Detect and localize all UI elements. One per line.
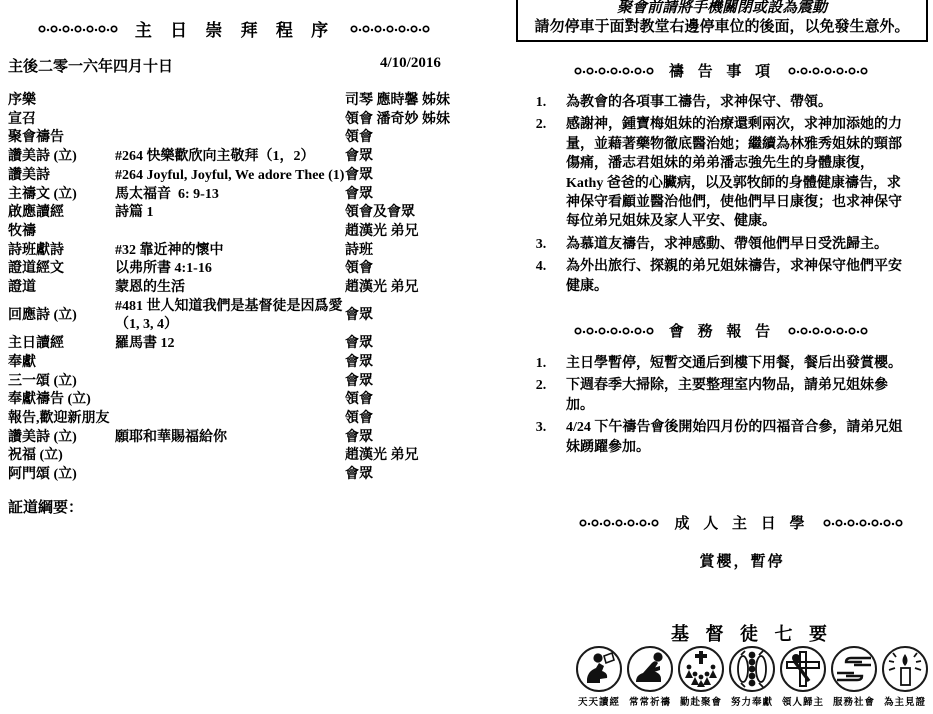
bible-reading-icon bbox=[576, 646, 622, 692]
program-who: 領會 bbox=[345, 410, 478, 429]
program-row: 讚美詩 (立)願耶和華賜福給你會眾 bbox=[8, 429, 478, 448]
prayer-item: 4.為外出旅行、探親的弟兄姐妹禱告，求神保守他們平安 健康。 bbox=[516, 257, 928, 296]
program-item: 啟應讀經 bbox=[8, 204, 115, 223]
sunday-school-section-header: 成 人 主 日 學 bbox=[532, 512, 933, 533]
date-numeric: 4/10/2016 bbox=[380, 55, 441, 72]
program-row: 奉獻會眾 bbox=[8, 354, 478, 373]
program-row: 牧禱趙漢光 弟兄 bbox=[8, 223, 478, 242]
program-item: 讚美詩 (立) bbox=[8, 148, 115, 167]
program-row: 讚美詩 (立)#264 快樂歡欣向主敬拜（1，2）會眾 bbox=[8, 148, 478, 167]
program-who: 會眾 bbox=[345, 186, 478, 205]
program-row: 阿門頌 (立)會眾 bbox=[8, 466, 478, 485]
essential-label: 天天讀經 bbox=[576, 694, 622, 708]
item-text: 為慕道友禱告，求神感動、帶領他們早日受洗歸主。 bbox=[566, 235, 928, 254]
program-item: 聚會禱告 bbox=[8, 129, 115, 148]
program-who: 趙漢光 弟兄 bbox=[345, 279, 478, 298]
program-who: 領會 潘奇妙 姊妹 bbox=[345, 111, 478, 130]
announcements-section-header: 會 務 報 告 bbox=[516, 320, 928, 341]
program-item: 奉獻 bbox=[8, 354, 115, 373]
announcements-section-title: 會 務 報 告 bbox=[669, 320, 775, 341]
loaves-fishes-icon bbox=[729, 646, 775, 692]
date-row: 主後二零一六年四月十日 4/10/2016 bbox=[8, 55, 466, 76]
item-number: 1. bbox=[516, 93, 566, 112]
program-item: 回應詩 (立) bbox=[8, 307, 115, 326]
item-text: 感謝神，鍾寶梅姐妹的治療還剩兩次，求神加添她的力 量，並藉著藥物徹底醫治她；繼續… bbox=[566, 115, 928, 231]
essential-label: 服務社會 bbox=[831, 694, 877, 708]
prayer-item: 1.為教會的各項事工禱告，求神保守、帶領。 bbox=[516, 93, 928, 112]
program-detail: 羅馬書 12 bbox=[115, 335, 345, 354]
program-row: 報告,歡迎新朋友領會 bbox=[8, 410, 478, 429]
program-item: 阿門頌 (立) bbox=[8, 466, 115, 485]
program-who: 趙漢光 弟兄 bbox=[345, 223, 478, 242]
ornament-chain-icon bbox=[349, 24, 433, 34]
program-row: 詩班獻詩#32 靠近神的懷中詩班 bbox=[8, 242, 478, 261]
ornament-chain-icon bbox=[787, 66, 871, 76]
program-who: 會眾 bbox=[345, 335, 478, 354]
ornament-chain-icon bbox=[787, 326, 871, 336]
program-who: 領會 bbox=[345, 260, 478, 279]
program-row: 啟應讀經詩篇 1領會及會眾 bbox=[8, 204, 478, 223]
program-item: 讚美詩 (立) bbox=[8, 429, 115, 448]
program-item: 牧禱 bbox=[8, 223, 115, 242]
program-item: 詩班獻詩 bbox=[8, 242, 115, 261]
notice-box: 聚會前請將手機關閉或設為震動 請勿停車于面對教堂右邊停車位的後面，以免發生意外。 bbox=[516, 0, 928, 42]
program-row: 讚美詩#264 Joyful, Joyful, We adore Thee (1… bbox=[8, 167, 478, 186]
program-detail: #32 靠近神的懷中 bbox=[115, 242, 345, 261]
program-item: 序樂 bbox=[8, 92, 115, 111]
item-number: 3. bbox=[516, 418, 566, 457]
essential-label: 常常祈禱 bbox=[627, 694, 673, 708]
essential-label: 為主見證 bbox=[882, 694, 928, 708]
seven-essentials-labels-row: 天天讀經 常常祈禱 勤赴聚會 努力奉獻 領人歸主 服務社會 為主見證 bbox=[576, 694, 928, 708]
program-who: 會眾 bbox=[345, 354, 478, 373]
program-row: 證道蒙恩的生活趙漢光 弟兄 bbox=[8, 279, 478, 298]
church-bulletin-page: 主 日 崇 拜 程 序 主後二零一六年四月十日 4/10/2016 序樂司琴 應… bbox=[0, 0, 933, 714]
program-who: 會眾 bbox=[345, 307, 478, 326]
program-who: 領會 bbox=[345, 129, 478, 148]
program-item: 證道 bbox=[8, 279, 115, 298]
program-who: 詩班 bbox=[345, 242, 478, 261]
seven-essentials-icons-row bbox=[576, 646, 928, 692]
item-text: 為教會的各項事工禱告，求神保守、帶領。 bbox=[566, 93, 928, 112]
program-item: 報告,歡迎新朋友 bbox=[8, 410, 115, 429]
item-text: 主日學暫停，短暫交通后到樓下用餐，餐后出發賞櫻。 bbox=[566, 354, 928, 373]
program-row: 回應詩 (立)#481 世人知道我們是基督徒是因爲愛 （1, 3, 4）會眾 bbox=[8, 298, 478, 335]
prayer-item: 2.感謝神，鍾寶梅姐妹的治療還剩兩次，求神加添她的力 量，並藉著藥物徹底醫治她；… bbox=[516, 115, 928, 231]
program-row: 三一頌 (立)會眾 bbox=[8, 373, 478, 392]
ornament-chain-icon bbox=[573, 326, 657, 336]
program-who: 會眾 bbox=[345, 167, 478, 186]
essential-label: 勤赴聚會 bbox=[678, 694, 724, 708]
date-chinese: 主後二零一六年四月十日 bbox=[8, 59, 173, 75]
program-detail: 詩篇 1 bbox=[115, 204, 345, 223]
program-row: 奉獻禱告 (立)領會 bbox=[8, 391, 478, 410]
page-title: 主 日 崇 拜 程 序 bbox=[135, 16, 335, 41]
program-item: 主日讀經 bbox=[8, 335, 115, 354]
item-number: 4. bbox=[516, 257, 566, 296]
seven-essentials-block: 基 督 徒 七 要 bbox=[576, 624, 928, 708]
announcements-list: 1.主日學暫停，短暫交通后到樓下用餐，餐后出發賞櫻。 2.下週春季大掃除，主要整… bbox=[516, 354, 928, 460]
program-who: 會眾 bbox=[345, 373, 478, 392]
item-text: 為外出旅行、探親的弟兄姐妹禱告，求神保守他們平安 健康。 bbox=[566, 257, 928, 296]
praying-person-icon bbox=[627, 646, 673, 692]
ornament-chain-icon bbox=[37, 24, 121, 34]
program-detail: 馬太福音 6: 9-13 bbox=[115, 186, 345, 205]
program-who: 領會 bbox=[345, 391, 478, 410]
announcement-item: 3.4/24 下午禱告會後開始四月份的四福音合參，請弟兄姐 妹踴躍參加。 bbox=[516, 418, 928, 457]
item-number: 1. bbox=[516, 354, 566, 373]
program-detail: 蒙恩的生活 bbox=[115, 279, 345, 298]
ornament-chain-icon bbox=[822, 518, 906, 528]
essential-label: 領人歸主 bbox=[780, 694, 826, 708]
prayer-section-title: 禱 告 事 項 bbox=[669, 60, 775, 81]
program-who: 領會及會眾 bbox=[345, 204, 478, 223]
program-detail: #264 快樂歡欣向主敬拜（1，2） bbox=[115, 148, 345, 167]
program-who: 會眾 bbox=[345, 429, 478, 448]
program-who: 會眾 bbox=[345, 148, 478, 167]
item-text: 4/24 下午禱告會後開始四月份的四福音合參，請弟兄姐 妹踴躍參加。 bbox=[566, 418, 928, 457]
program-detail: #481 世人知道我們是基督徒是因爲愛 （1, 3, 4） bbox=[115, 298, 345, 335]
announcement-item: 2.下週春季大掃除，主要整理室内物品，請弟兄姐妹參 加。 bbox=[516, 376, 928, 415]
prayer-section-header: 禱 告 事 項 bbox=[516, 60, 928, 81]
program-row: 聚會禱告領會 bbox=[8, 129, 478, 148]
program-detail: 以弗所書 4:1-16 bbox=[115, 260, 345, 279]
essential-label: 努力奉獻 bbox=[729, 694, 775, 708]
program-item: 讚美詩 bbox=[8, 167, 115, 186]
item-number: 2. bbox=[516, 376, 566, 415]
congregation-cross-icon bbox=[678, 646, 724, 692]
sermon-outline-label: 証道綱要： bbox=[8, 496, 83, 517]
program-row: 祝福 (立)趙漢光 弟兄 bbox=[8, 447, 478, 466]
seven-essentials-title: 基 督 徒 七 要 bbox=[576, 624, 928, 644]
program-item: 宣召 bbox=[8, 111, 115, 130]
announcement-item: 1.主日學暫停，短暫交通后到樓下用餐，餐后出發賞櫻。 bbox=[516, 354, 928, 373]
item-number: 3. bbox=[516, 235, 566, 254]
program-who: 會眾 bbox=[345, 466, 478, 485]
parking-notice: 請勿停車于面對教堂右邊停車位的後面，以免發生意外。 bbox=[522, 18, 922, 37]
program-row: 序樂司琴 應時馨 姊妹 bbox=[8, 92, 478, 111]
program-row: 主禱文 (立)馬太福音 6: 9-13會眾 bbox=[8, 186, 478, 205]
sunday-school-section-title: 成 人 主 日 學 bbox=[674, 512, 809, 533]
program-who: 趙漢光 弟兄 bbox=[345, 447, 478, 466]
ornament-chain-icon bbox=[573, 66, 657, 76]
serving-hands-icon bbox=[831, 646, 877, 692]
item-text: 下週春季大掃除，主要整理室内物品，請弟兄姐妹參 加。 bbox=[566, 376, 928, 415]
program-item: 主禱文 (立) bbox=[8, 186, 115, 205]
program-item: 證道經文 bbox=[8, 260, 115, 279]
item-number: 2. bbox=[516, 115, 566, 231]
person-cross-icon bbox=[780, 646, 826, 692]
program-item: 祝福 (立) bbox=[8, 447, 115, 466]
worship-order-title-row: 主 日 崇 拜 程 序 bbox=[0, 16, 470, 41]
program-detail: #264 Joyful, Joyful, We adore Thee (1) bbox=[115, 167, 345, 186]
program-who: 司琴 應時馨 姊妹 bbox=[345, 92, 478, 111]
worship-program-table: 序樂司琴 應時馨 姊妹 宣召領會 潘奇妙 姊妹 聚會禱告領會 讚美詩 (立)#2… bbox=[8, 92, 478, 485]
program-row: 宣召領會 潘奇妙 姊妹 bbox=[8, 111, 478, 130]
program-item: 奉獻禱告 (立) bbox=[8, 391, 115, 410]
ornament-chain-icon bbox=[578, 518, 662, 528]
prayer-items-list: 1.為教會的各項事工禱告，求神保守、帶領。 2.感謝神，鍾寶梅姐妹的治療還剩兩次… bbox=[516, 93, 928, 299]
program-row: 證道經文以弗所書 4:1-16領會 bbox=[8, 260, 478, 279]
prayer-item: 3.為慕道友禱告，求神感動、帶領他們早日受洗歸主。 bbox=[516, 235, 928, 254]
phone-silence-notice: 聚會前請將手機關閉或設為震動 bbox=[522, 0, 922, 18]
sunday-school-note: 賞櫻，暫停 bbox=[532, 550, 933, 571]
candle-witness-icon bbox=[882, 646, 928, 692]
program-detail: 願耶和華賜福給你 bbox=[115, 429, 345, 448]
program-row: 主日讀經羅馬書 12會眾 bbox=[8, 335, 478, 354]
program-item: 三一頌 (立) bbox=[8, 373, 115, 392]
